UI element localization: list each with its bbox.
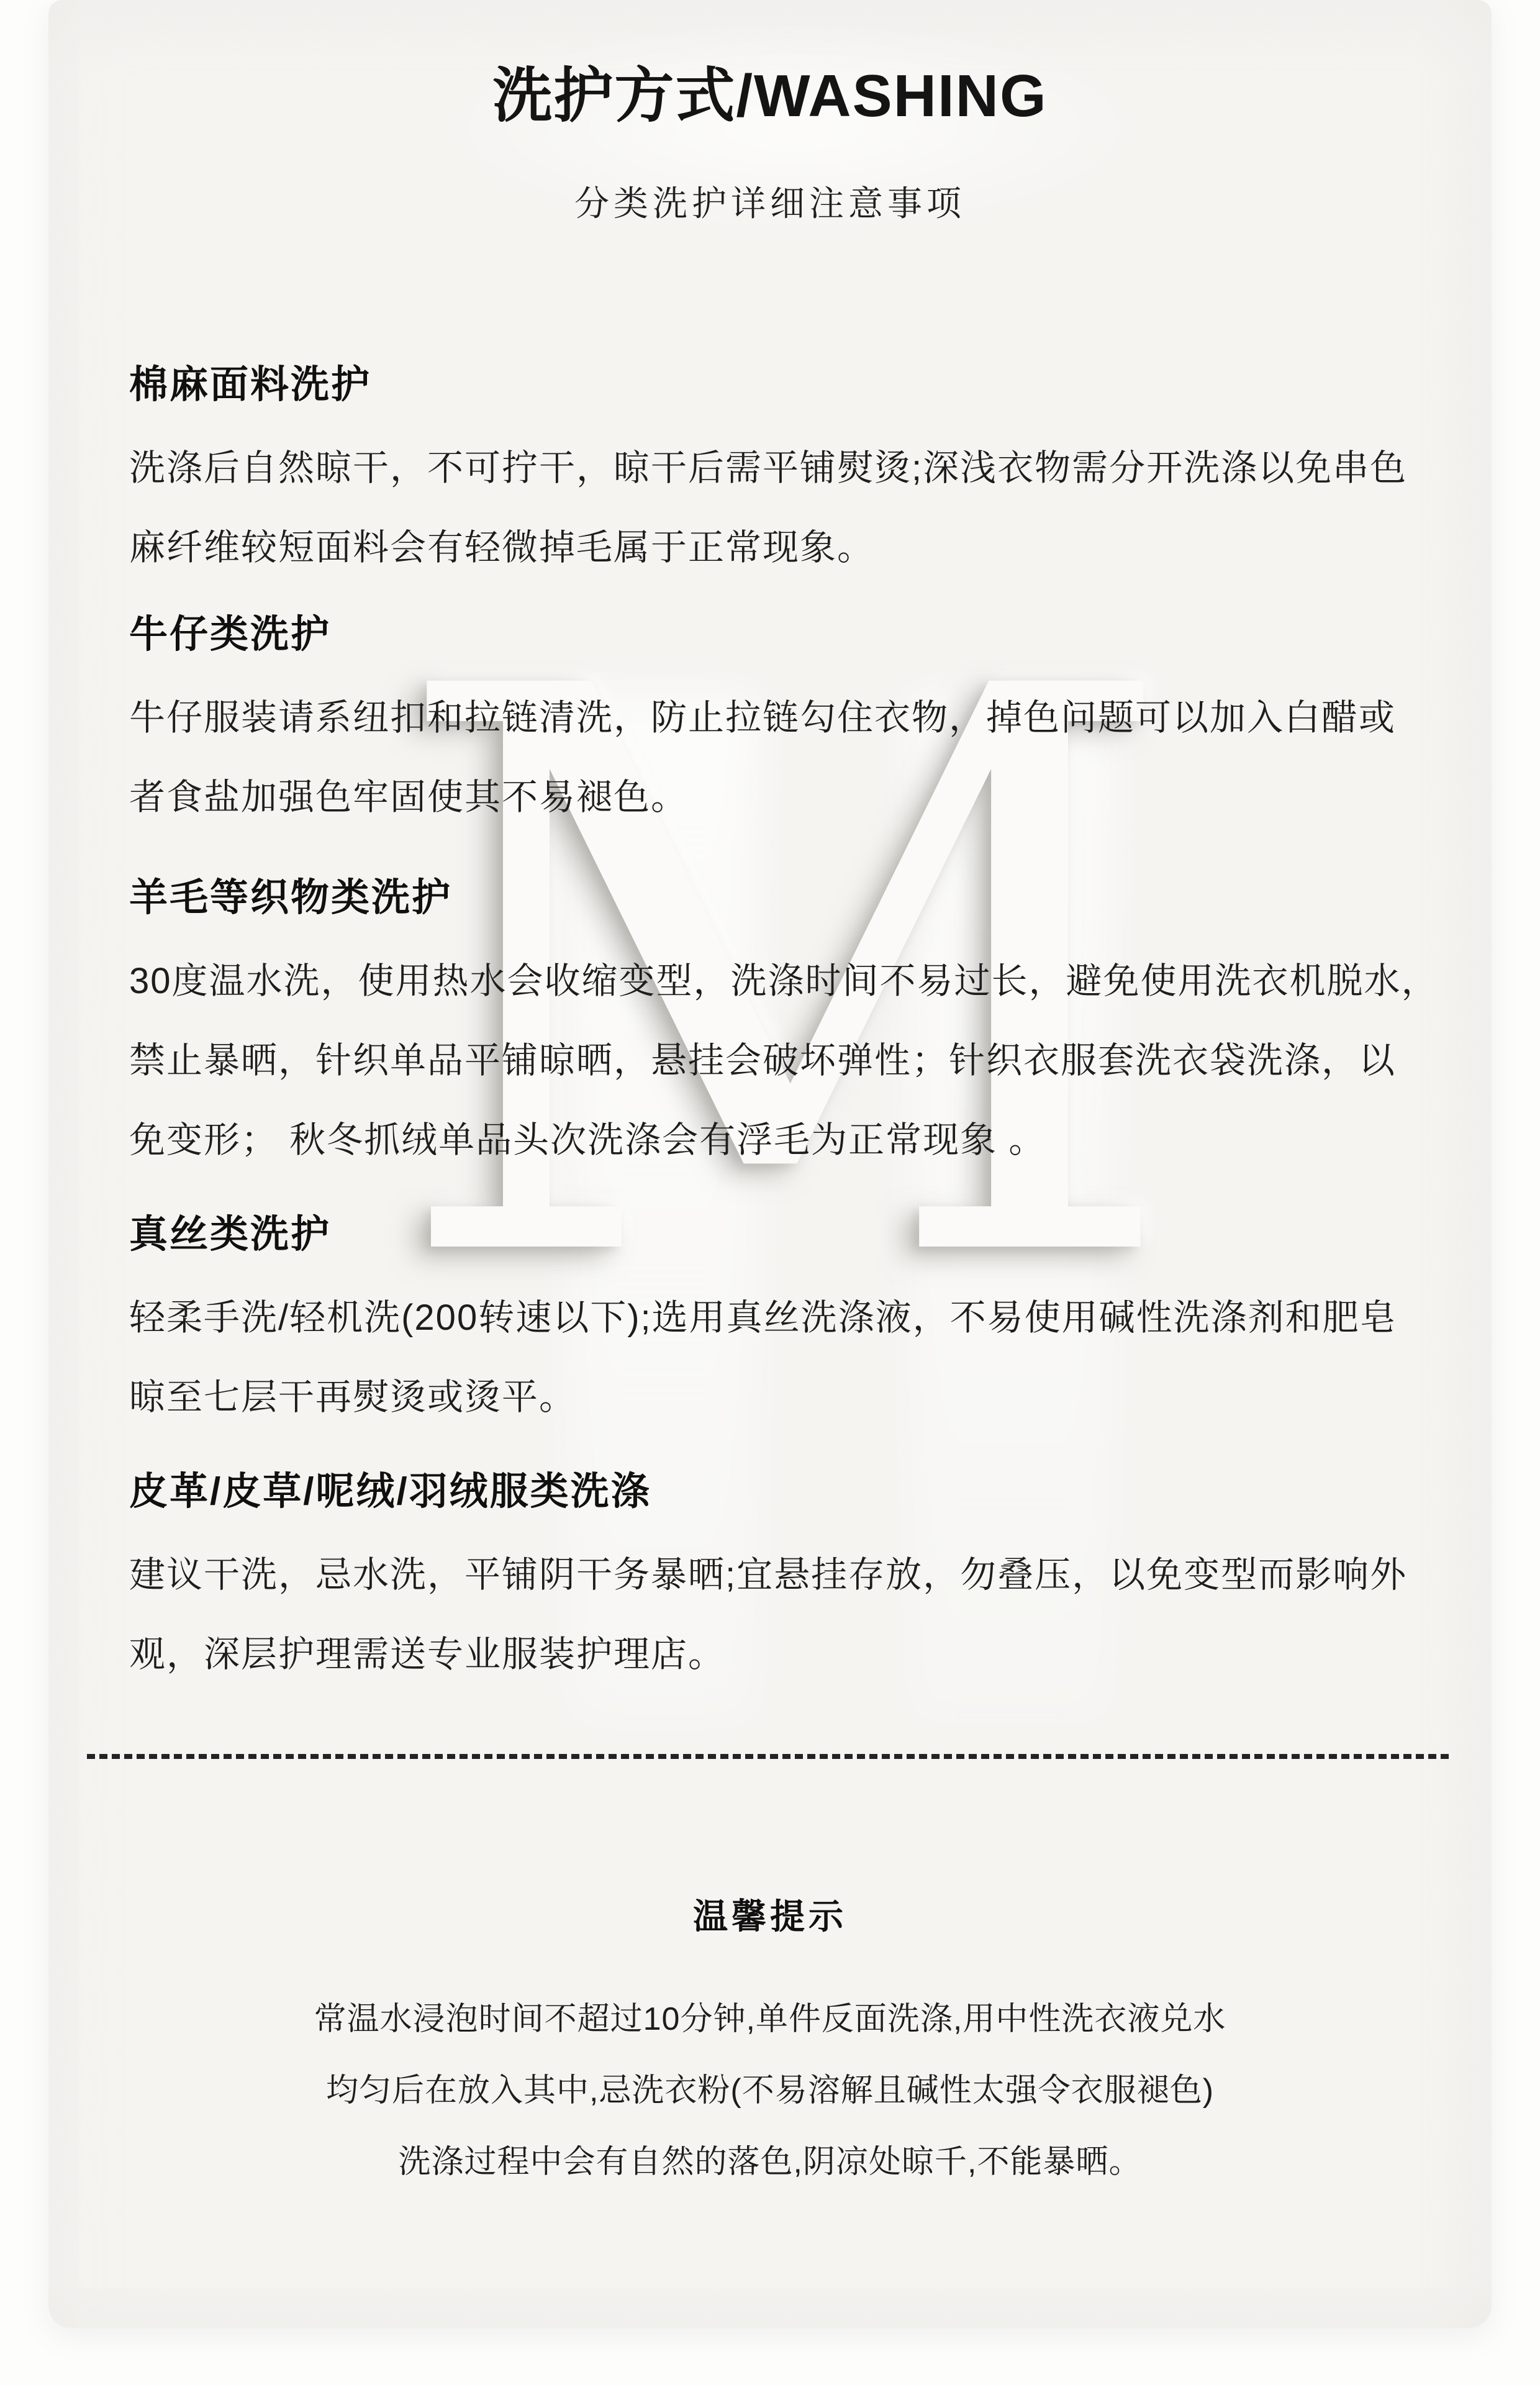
- section-body-line: 30度温水洗，使用热水会收缩变型，洗涤时间不易过长，避免使用洗衣机脱水，: [129, 942, 1411, 1021]
- notice-body: 常温水浸泡时间不超过10分钟,单件反面洗涤,用中性洗衣液兑水 均匀后在放入其中,…: [129, 1984, 1411, 2198]
- section-body-line: 晾至七层干再熨烫或烫平。: [129, 1358, 1411, 1437]
- section-body-line: 观，深层护理需送专业服装护理店。: [129, 1615, 1411, 1694]
- page-subtitle: 分类洗护详细注意事项: [129, 181, 1411, 226]
- notice-line: 常温水浸泡时间不超过10分钟,单件反面洗涤,用中性洗衣液兑水: [129, 1984, 1411, 2055]
- section-heading: 棉麻面料洗护: [129, 357, 1411, 414]
- section-silk: 真丝类洗护 轻柔手洗/轻机洗(200转速以下);选用真丝洗涤液，不易使用碱性洗涤…: [129, 1206, 1411, 1437]
- notice-line: 洗涤过程中会有自然的落色,阴凉处晾千,不能暴晒。: [129, 2127, 1411, 2198]
- section-body-line: 建议干洗，忌水洗，平铺阴干务暴晒;宜悬挂存放，勿叠压，以免变型而影响外: [129, 1535, 1411, 1615]
- section-wool-knit: 羊毛等织物类洗护 30度温水洗，使用热水会收缩变型，洗涤时间不易过长，避免使用洗…: [129, 870, 1411, 1180]
- care-instructions-page: M 洗护方式/WASHING 分类洗护详细注意事项 棉麻面料洗护 洗涤后自然晾干…: [0, 0, 1540, 2385]
- section-denim: 牛仔类洗护 牛仔服装请系纽扣和拉链清洗，防止拉链勾住衣物，掉色问题可以加入白醋或…: [129, 606, 1411, 837]
- section-leather-fur-down: 皮革/皮草/呢绒/羽绒服类洗涤 建议干洗，忌水洗，平铺阴干务暴晒;宜悬挂存放，勿…: [129, 1463, 1411, 1694]
- section-body-line: 麻纤维较短面料会有轻微掉毛属于正常现象。: [129, 508, 1411, 588]
- dashed-divider: [87, 1754, 1453, 1759]
- page-content: 洗护方式/WASHING 分类洗护详细注意事项 棉麻面料洗护 洗涤后自然晾干，不…: [48, 0, 1492, 2198]
- section-heading: 真丝类洗护: [129, 1206, 1411, 1263]
- section-heading: 牛仔类洗护: [129, 606, 1411, 663]
- section-body-line: 免变形； 秋冬抓绒单品头次洗涤会有浮毛为正常现象 。: [129, 1101, 1411, 1180]
- section-cotton-linen: 棉麻面料洗护 洗涤后自然晾干，不可拧干，晾干后需平铺熨烫;深浅衣物需分开洗涤以免…: [129, 357, 1411, 588]
- notice-line: 均匀后在放入其中,忌洗衣粉(不易溶解且碱性太强令衣服褪色): [129, 2055, 1411, 2127]
- section-body-line: 轻柔手洗/轻机洗(200转速以下);选用真丝洗涤液，不易使用碱性洗涤剂和肥皂: [129, 1278, 1411, 1358]
- notice-title: 温馨提示: [129, 1894, 1411, 1939]
- section-body-line: 禁止暴晒，针织单品平铺晾晒，悬挂会破坏弹性；针织衣服套洗衣袋洗涤，以: [129, 1021, 1411, 1101]
- section-body-line: 洗涤后自然晾干，不可拧干，晾干后需平铺熨烫;深浅衣物需分开洗涤以免串色: [129, 429, 1411, 508]
- section-body-line: 者食盐加强色牢固使其不易褪色。: [129, 758, 1411, 837]
- page-title: 洗护方式/WASHING: [129, 0, 1411, 133]
- section-body-line: 牛仔服装请系纽扣和拉链清洗，防止拉链勾住衣物，掉色问题可以加入白醋或: [129, 678, 1411, 758]
- section-heading: 皮革/皮草/呢绒/羽绒服类洗涤: [129, 1463, 1411, 1520]
- care-sections: 棉麻面料洗护 洗涤后自然晾干，不可拧干，晾干后需平铺熨烫;深浅衣物需分开洗涤以免…: [129, 357, 1411, 1694]
- section-heading: 羊毛等织物类洗护: [129, 870, 1411, 927]
- paper-sheet: M 洗护方式/WASHING 分类洗护详细注意事项 棉麻面料洗护 洗涤后自然晾干…: [48, 0, 1492, 2328]
